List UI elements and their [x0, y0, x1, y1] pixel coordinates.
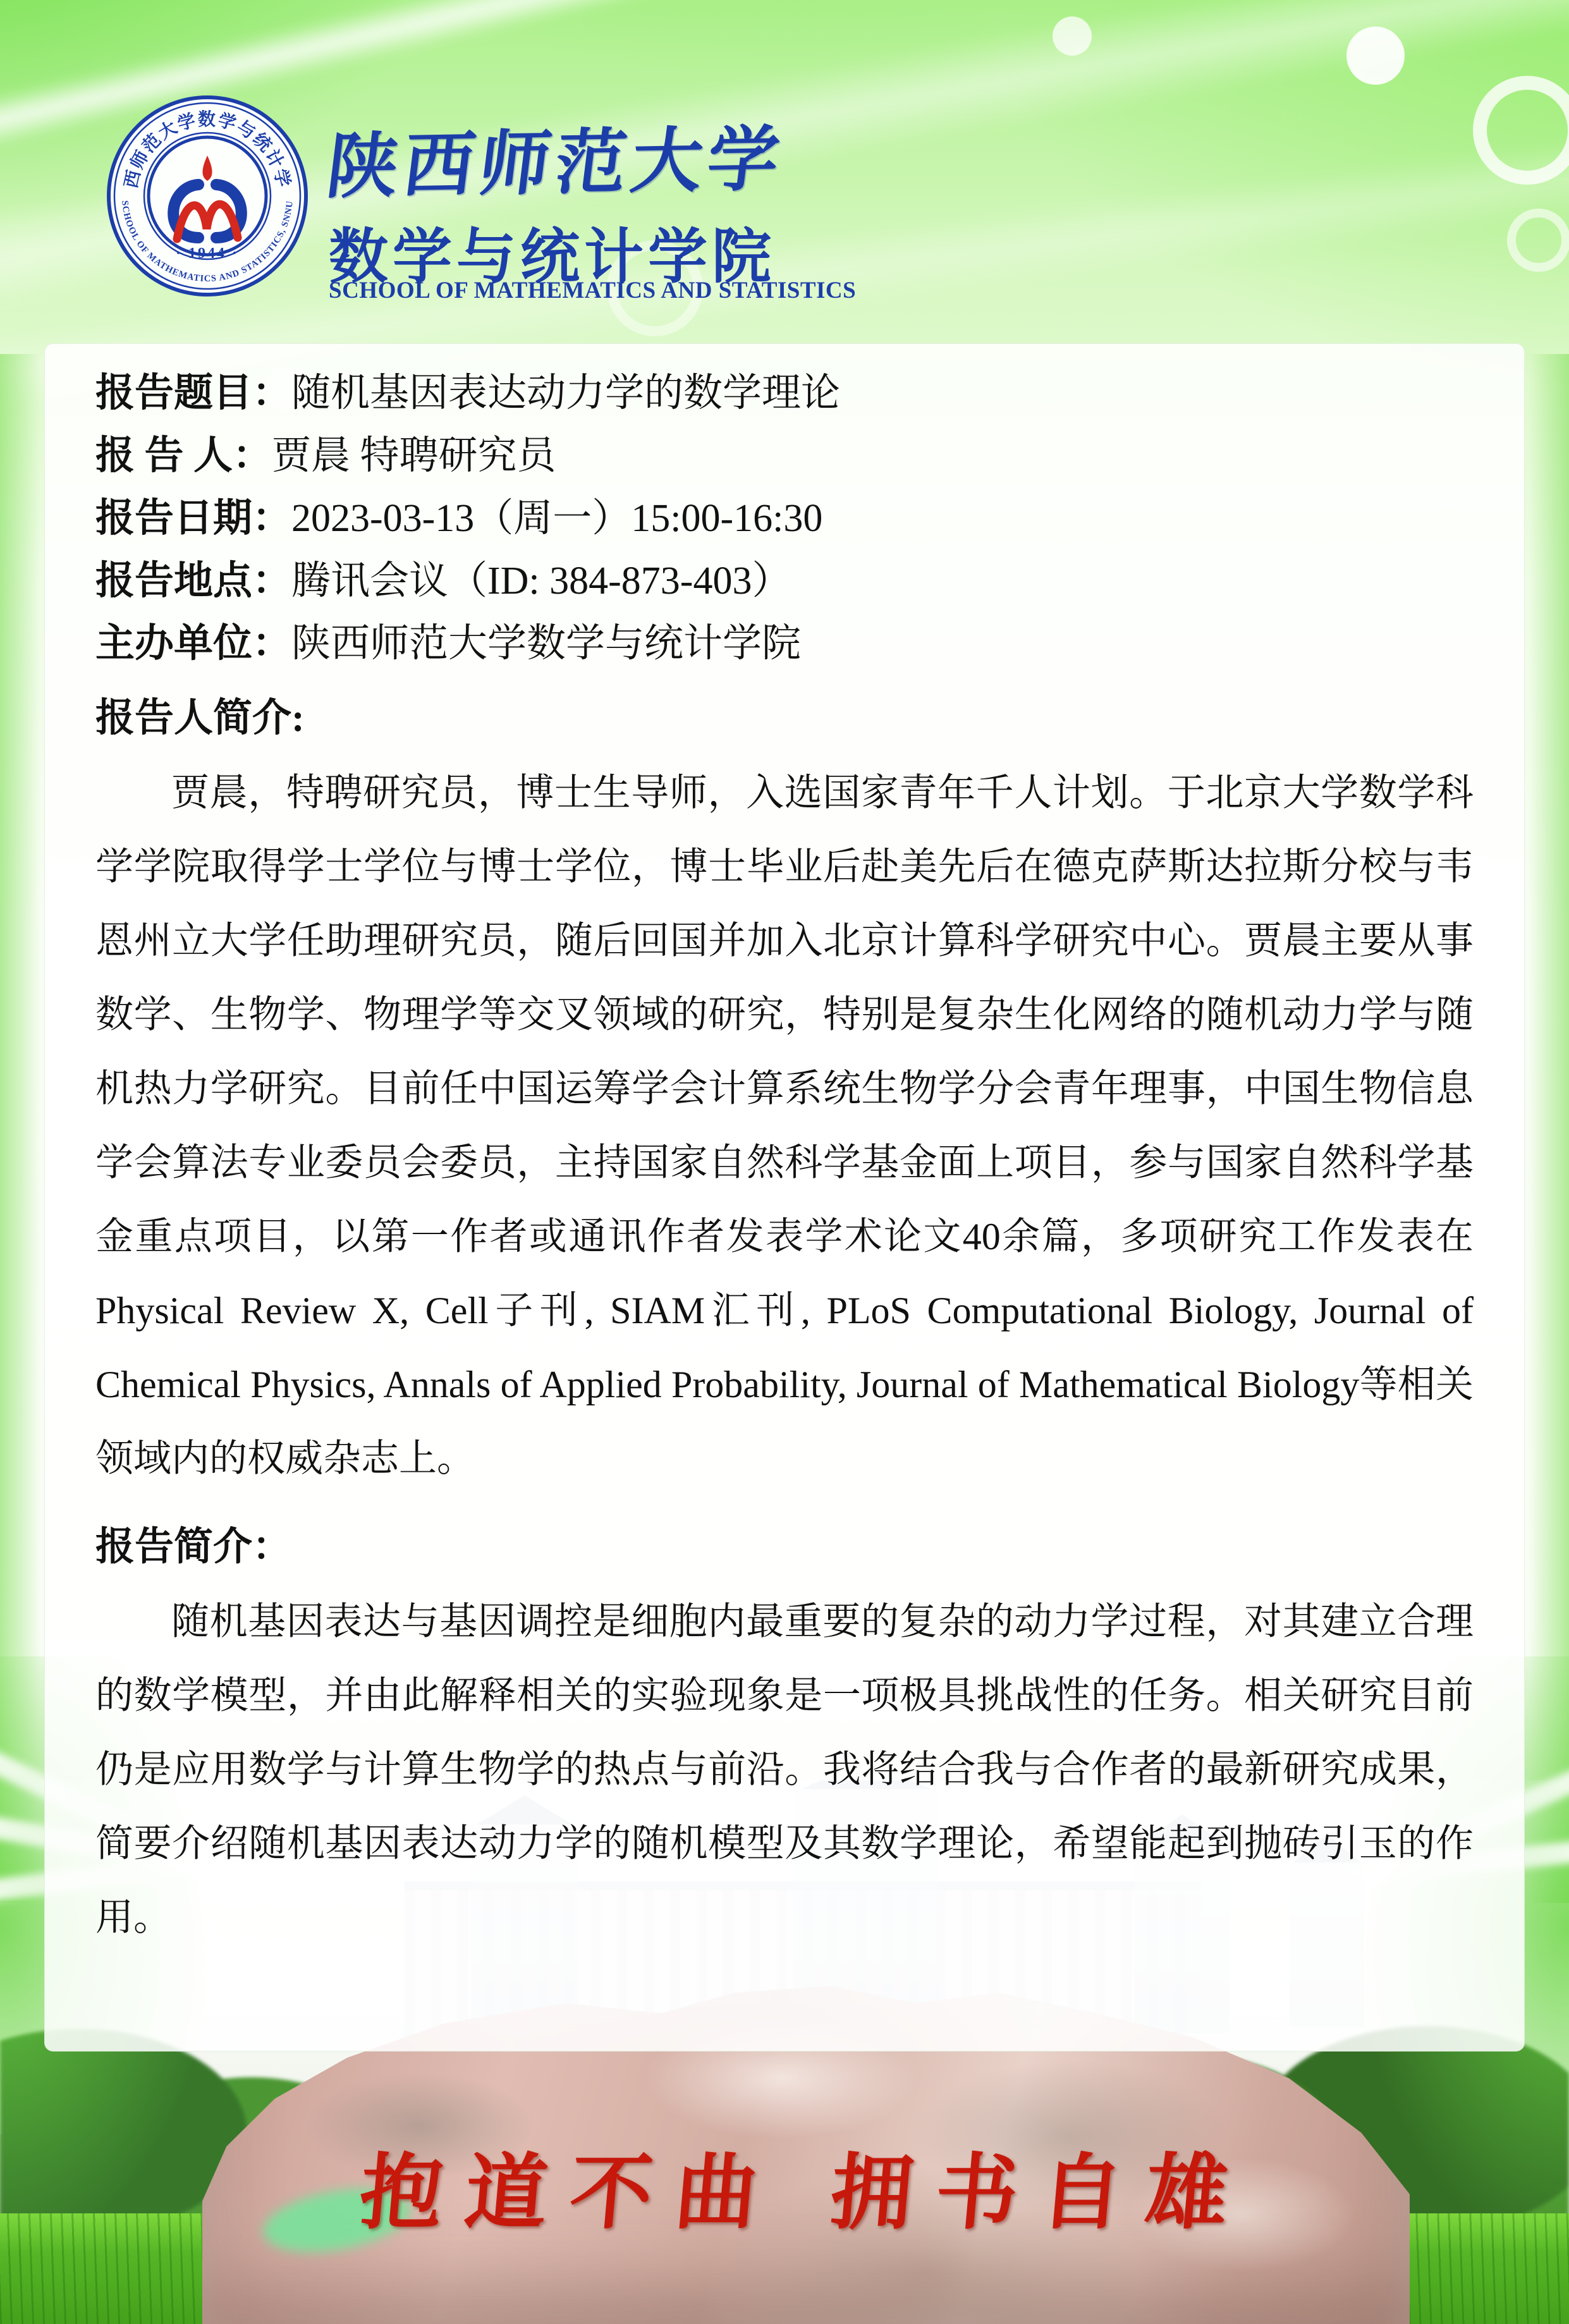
detail-label: 报告题目： [95, 372, 291, 415]
bio-paragraph: 贾晨，特聘研究员，博士生导师，入选国家青年千人计划。于北京大学数学科学学院取得学… [95, 756, 1474, 1496]
detail-row-host: 主办单位：陕西师范大学数学与统计学院 [95, 623, 1474, 664]
detail-label: 主办单位： [95, 622, 291, 665]
abstract-heading: 报告简介： [95, 1515, 1474, 1571]
detail-label: 报告日期： [95, 497, 291, 540]
detail-value: 2023-03-13（周一）15:00-16:30 [291, 497, 822, 540]
school-seal-logo: 陕西师范大学数学与统计学院 SCHOOL OF MATHEMATICS AND … [106, 95, 308, 297]
stone-calligraphy: 抱道不曲拥书自雄 [356, 2127, 1256, 2245]
detail-row-date: 报告日期：2023-03-13（周一）15:00-16:30 [95, 498, 1474, 539]
abstract-paragraph: 随机基因表达与基因调控是细胞内最重要的复杂的动力学过程，对其建立合理的数学模型，… [95, 1585, 1474, 1955]
detail-row-speaker: 报 告 人：贾晨 特聘研究员 [95, 436, 1474, 477]
stone-calligraphy-left: 抱道不曲 [357, 2148, 784, 2239]
university-name-calligraphy: 陕西师范大学 [322, 102, 816, 212]
detail-value: 随机基因表达动力学的数学理论 [291, 372, 840, 415]
detail-row-venue: 报告地点：腾讯会议（ID: 384-873-403） [95, 561, 1474, 602]
detail-label: 报 告 人： [95, 434, 272, 477]
poster-header: 陕西师范大学数学与统计学院 SCHOOL OF MATHEMATICS AND … [0, 0, 1569, 354]
seal-year: · 1944 · [176, 245, 239, 262]
seminar-poster: 抱道不曲拥书自雄 报告题目：随机基因表达动力学的数学理论 报 告 人：贾晨 特聘… [0, 0, 1569, 2324]
stone-calligraphy-right: 拥书自雄 [827, 2148, 1255, 2239]
detail-value: 贾晨 特聘研究员 [272, 434, 556, 477]
detail-label: 报告地点： [95, 560, 291, 602]
content-panel: 报告题目：随机基因表达动力学的数学理论 报 告 人：贾晨 特聘研究员 报告日期：… [44, 343, 1525, 2052]
school-name-en: SCHOOL OF MATHEMATICS AND STATISTICS [329, 277, 856, 304]
detail-value: 陕西师范大学数学与统计学院 [291, 622, 801, 665]
bio-heading: 报告人简介: [95, 686, 1474, 742]
detail-value: 腾讯会议（ID: 384-873-403） [291, 560, 791, 602]
detail-row-title: 报告题目：随机基因表达动力学的数学理论 [95, 373, 1474, 414]
